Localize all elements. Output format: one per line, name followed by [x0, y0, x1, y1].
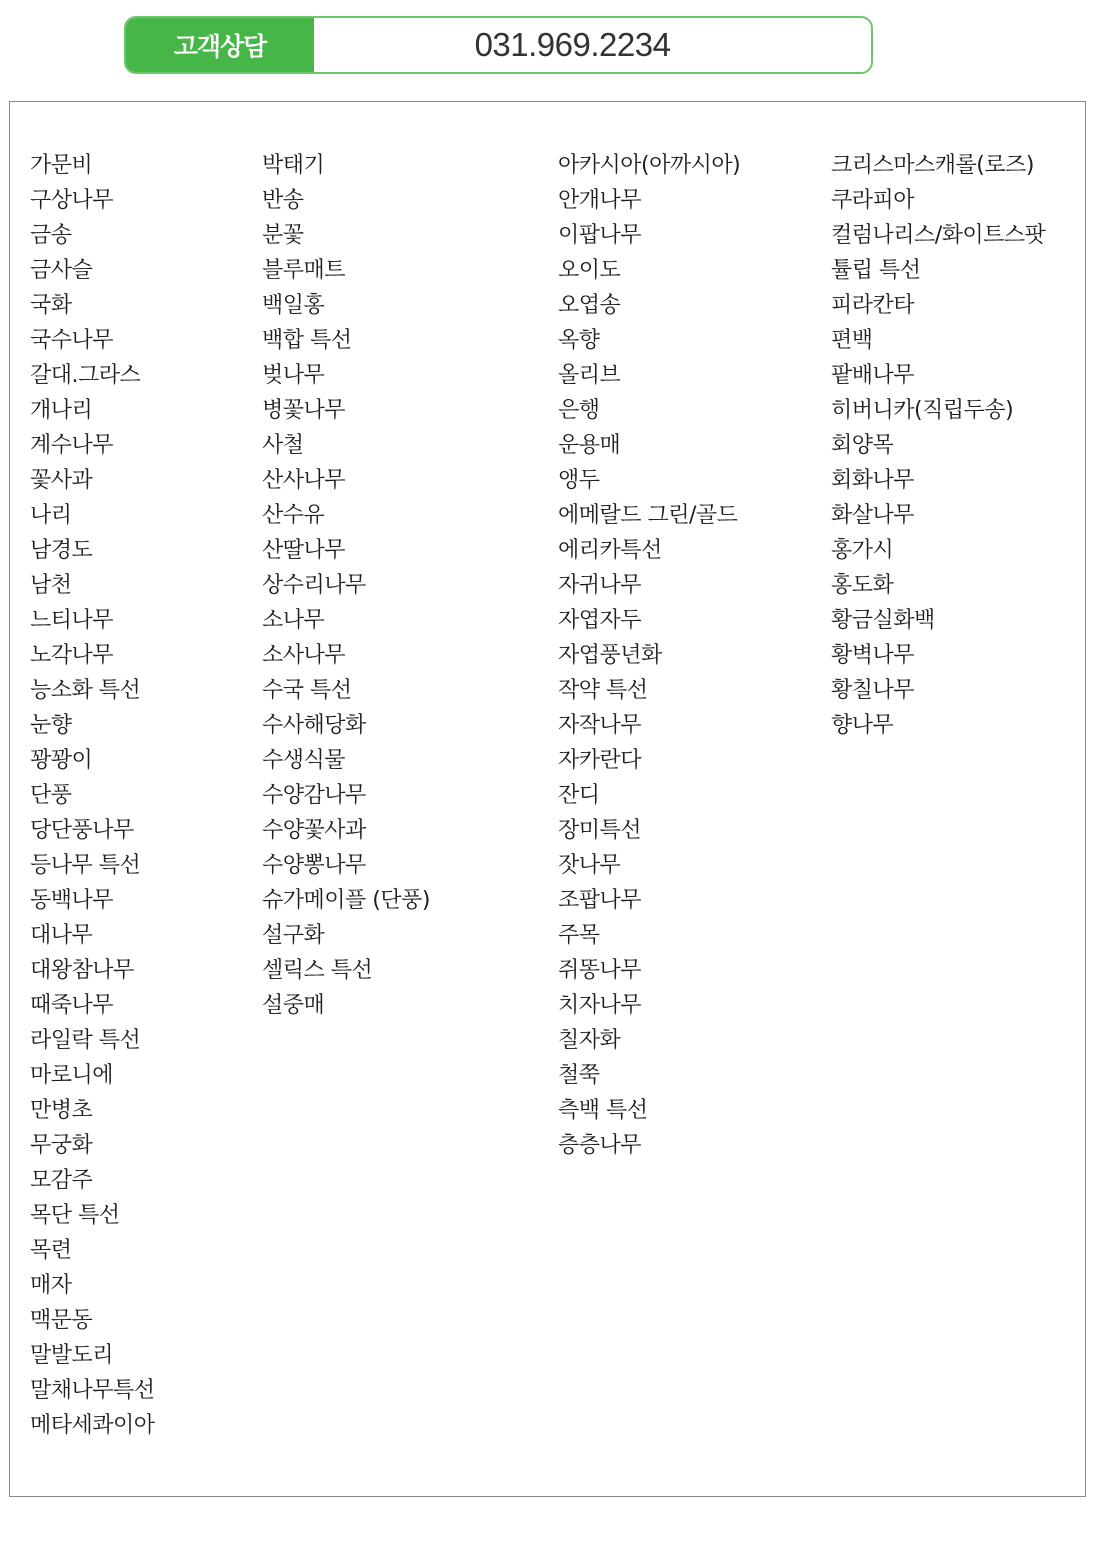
- plant-list-item[interactable]: 홍도화: [831, 568, 1045, 603]
- plant-list-item[interactable]: 철쭉: [558, 1058, 740, 1093]
- plant-list-item[interactable]: 황칠나무: [831, 673, 1045, 708]
- plant-list-item[interactable]: 무궁화: [30, 1128, 155, 1163]
- plant-list-item[interactable]: 장미특선: [558, 813, 740, 848]
- plant-list-item[interactable]: 백일홍: [262, 288, 430, 323]
- plant-list-item[interactable]: 올리브: [558, 358, 740, 393]
- plant-list-item[interactable]: 회양목: [831, 428, 1045, 463]
- plant-column-1: 가문비구상나무금송금사슬국화국수나무갈대.그라스개나리계수나무꽃사과나리남경도남…: [30, 148, 155, 1443]
- plant-list-item[interactable]: 병꽃나무: [262, 393, 430, 428]
- plant-list-item[interactable]: 눈향: [30, 708, 155, 743]
- plant-list-item[interactable]: 동백나무: [30, 883, 155, 918]
- plant-list-item[interactable]: 소사나무: [262, 638, 430, 673]
- plant-list-item[interactable]: 조팝나무: [558, 883, 740, 918]
- plant-list-item[interactable]: 대왕참나무: [30, 953, 155, 988]
- plant-list-item[interactable]: 주목: [558, 918, 740, 953]
- plant-list-item[interactable]: 자엽자두: [558, 603, 740, 638]
- plant-list-item[interactable]: 매자: [30, 1268, 155, 1303]
- plant-list-item[interactable]: 당단풍나무: [30, 813, 155, 848]
- plant-list-item[interactable]: 만병초: [30, 1093, 155, 1128]
- plant-list-item[interactable]: 산사나무: [262, 463, 430, 498]
- plant-list-item[interactable]: 잔디: [558, 778, 740, 813]
- plant-column-2: 박태기반송분꽃블루매트백일홍백합 특선벚나무병꽃나무사철산사나무산수유산딸나무상…: [262, 148, 430, 1023]
- plant-list-item[interactable]: 단풍: [30, 778, 155, 813]
- plant-list-item[interactable]: 국수나무: [30, 323, 155, 358]
- plant-column-3: 아카시아(아까시아)안개나무이팝나무오이도오엽송옥향올리브은행운용매앵두에메랄드…: [558, 148, 740, 1163]
- plant-list-item[interactable]: 소나무: [262, 603, 430, 638]
- plant-list-item[interactable]: 꽃사과: [30, 463, 155, 498]
- plant-list-item[interactable]: 맥문동: [30, 1303, 155, 1338]
- plant-list-item[interactable]: 앵두: [558, 463, 740, 498]
- plant-list-item[interactable]: 자작나무: [558, 708, 740, 743]
- plant-list-item[interactable]: 설구화: [262, 918, 430, 953]
- plant-list-item[interactable]: 벚나무: [262, 358, 430, 393]
- plant-list-item[interactable]: 가문비: [30, 148, 155, 183]
- plant-list-item[interactable]: 측백 특선: [558, 1093, 740, 1128]
- plant-column-4: 크리스마스캐롤(로즈)쿠라피아컬럼나리스/화이트스팟튤립 특선피라칸타편백팥배나…: [831, 148, 1045, 743]
- phone-number[interactable]: 031.969.2234: [314, 18, 871, 72]
- plant-list-item[interactable]: 크리스마스캐롤(로즈): [831, 148, 1045, 183]
- plant-list-item[interactable]: 라일락 특선: [30, 1023, 155, 1058]
- plant-list-item[interactable]: 자귀나무: [558, 568, 740, 603]
- plant-list-item[interactable]: 박태기: [262, 148, 430, 183]
- plant-list-item[interactable]: 노각나무: [30, 638, 155, 673]
- plant-list-item[interactable]: 황벽나무: [831, 638, 1045, 673]
- plant-list-item[interactable]: 칠자화: [558, 1023, 740, 1058]
- plant-list-item[interactable]: 쥐똥나무: [558, 953, 740, 988]
- plant-list-item[interactable]: 오엽송: [558, 288, 740, 323]
- plant-list-item[interactable]: 능소화 특선: [30, 673, 155, 708]
- plant-list-item[interactable]: 설중매: [262, 988, 430, 1023]
- plant-list-item[interactable]: 목련: [30, 1233, 155, 1268]
- plant-list-item[interactable]: 튤립 특선: [831, 253, 1045, 288]
- plant-list-item[interactable]: 잣나무: [558, 848, 740, 883]
- plant-list-item[interactable]: 회화나무: [831, 463, 1045, 498]
- plant-list-item[interactable]: 황금실화백: [831, 603, 1045, 638]
- plant-list-item[interactable]: 수사해당화: [262, 708, 430, 743]
- plant-list-item[interactable]: 수양꽃사과: [262, 813, 430, 848]
- plant-list-item[interactable]: 분꽃: [262, 218, 430, 253]
- plant-list-item[interactable]: 쿠라피아: [831, 183, 1045, 218]
- plant-list-item[interactable]: 등나무 특선: [30, 848, 155, 883]
- plant-list-item[interactable]: 컬럼나리스/화이트스팟: [831, 218, 1045, 253]
- plant-list-item[interactable]: 에리카특선: [558, 533, 740, 568]
- plant-list-item[interactable]: 산딸나무: [262, 533, 430, 568]
- plant-list-item[interactable]: 백합 특선: [262, 323, 430, 358]
- plant-list-item[interactable]: 슈가메이플 (단풍): [262, 883, 430, 918]
- plant-list-item[interactable]: 층층나무: [558, 1128, 740, 1163]
- plant-list-item[interactable]: 블루매트: [262, 253, 430, 288]
- plant-list-item[interactable]: 히버니카(직립두송): [831, 393, 1045, 428]
- plant-list-item[interactable]: 팥배나무: [831, 358, 1045, 393]
- plant-list-item[interactable]: 구상나무: [30, 183, 155, 218]
- plant-list-item[interactable]: 향나무: [831, 708, 1045, 743]
- plant-list-item[interactable]: 금사슬: [30, 253, 155, 288]
- plant-list-item[interactable]: 계수나무: [30, 428, 155, 463]
- plant-list-item[interactable]: 편백: [831, 323, 1045, 358]
- plant-list-item[interactable]: 홍가시: [831, 533, 1045, 568]
- plant-list-item[interactable]: 마로니에: [30, 1058, 155, 1093]
- plant-list-item[interactable]: 에메랄드 그린/골드: [558, 498, 740, 533]
- plant-list-item[interactable]: 자카란다: [558, 743, 740, 778]
- plant-list-item[interactable]: 느티나무: [30, 603, 155, 638]
- plant-list-item[interactable]: 국화: [30, 288, 155, 323]
- plant-list-item[interactable]: 모감주: [30, 1163, 155, 1198]
- plant-list-item[interactable]: 갈대.그라스: [30, 358, 155, 393]
- plant-list-item[interactable]: 반송: [262, 183, 430, 218]
- plant-list-item[interactable]: 남천: [30, 568, 155, 603]
- plant-list-item[interactable]: 화살나무: [831, 498, 1045, 533]
- plant-list-item[interactable]: 옥향: [558, 323, 740, 358]
- plant-list-item[interactable]: 수양뽕나무: [262, 848, 430, 883]
- plant-list-item[interactable]: 아카시아(아까시아): [558, 148, 740, 183]
- plant-list-item[interactable]: 안개나무: [558, 183, 740, 218]
- plant-list-item[interactable]: 메타세콰이아: [30, 1408, 155, 1443]
- plant-list-item[interactable]: 수양감나무: [262, 778, 430, 813]
- plant-list-item[interactable]: 사철: [262, 428, 430, 463]
- plant-list-item[interactable]: 이팝나무: [558, 218, 740, 253]
- plant-list-item[interactable]: 수국 특선: [262, 673, 430, 708]
- plant-list-item[interactable]: 상수리나무: [262, 568, 430, 603]
- plant-list-item[interactable]: 작약 특선: [558, 673, 740, 708]
- plant-list-item[interactable]: 말발도리: [30, 1338, 155, 1373]
- plant-list-item[interactable]: 꽝꽝이: [30, 743, 155, 778]
- plant-list-item[interactable]: 피라칸타: [831, 288, 1045, 323]
- plant-list-item[interactable]: 대나무: [30, 918, 155, 953]
- plant-list-item[interactable]: 치자나무: [558, 988, 740, 1023]
- plant-list-box: 가문비구상나무금송금사슬국화국수나무갈대.그라스개나리계수나무꽃사과나리남경도남…: [9, 101, 1086, 1497]
- plant-list-item[interactable]: 금송: [30, 218, 155, 253]
- plant-list-item[interactable]: 남경도: [30, 533, 155, 568]
- customer-service-bar: 고객상담 031.969.2234: [124, 16, 873, 74]
- plant-list-item[interactable]: 셀릭스 특선: [262, 953, 430, 988]
- plant-list-item[interactable]: 말채나무특선: [30, 1373, 155, 1408]
- plant-list-item[interactable]: 때죽나무: [30, 988, 155, 1023]
- customer-service-label: 고객상담: [126, 18, 314, 72]
- plant-list-item[interactable]: 목단 특선: [30, 1198, 155, 1233]
- plant-list-item[interactable]: 나리: [30, 498, 155, 533]
- plant-list-item[interactable]: 수생식물: [262, 743, 430, 778]
- plant-list-item[interactable]: 산수유: [262, 498, 430, 533]
- plant-list-item[interactable]: 은행: [558, 393, 740, 428]
- plant-list-item[interactable]: 개나리: [30, 393, 155, 428]
- plant-list-item[interactable]: 자엽풍년화: [558, 638, 740, 673]
- plant-list-item[interactable]: 오이도: [558, 253, 740, 288]
- plant-list-item[interactable]: 운용매: [558, 428, 740, 463]
